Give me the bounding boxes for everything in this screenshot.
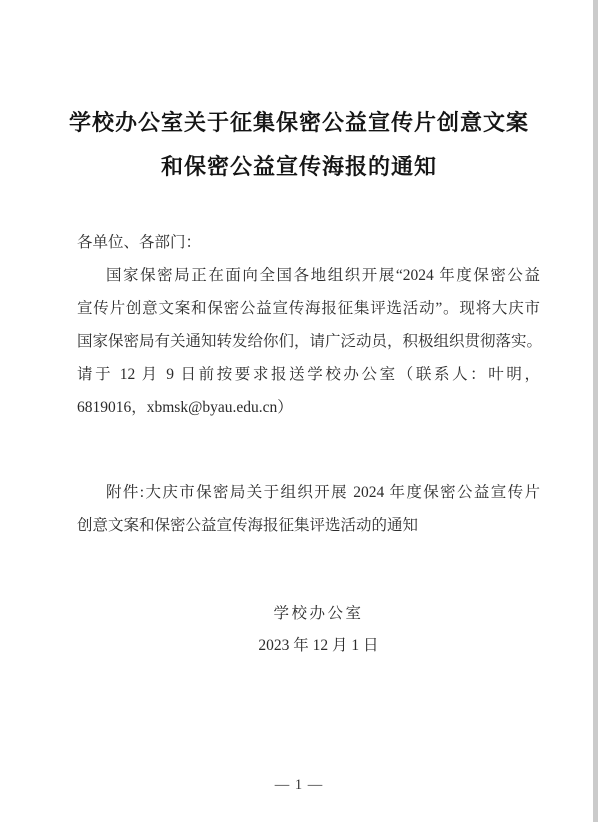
salutation: 各单位、各部门： <box>77 226 540 259</box>
notice-title-line1: 学校办公室关于征集保密公益宣传片创意文案 <box>0 101 598 145</box>
body-line-5-contact: 6819016，xbmsk@byau.edu.cn） <box>77 391 540 424</box>
date-line: 2023 年 12 月 1 日 <box>87 630 550 662</box>
page-number: — 1 — <box>0 777 598 793</box>
body-line-1: 国家保密局正在面向全国各地组织开展“2024 年度保密公益 <box>77 259 540 292</box>
notice-body: 各单位、各部门： 国家保密局正在面向全国各地组织开展“2024 年度保密公益 宣… <box>77 226 540 424</box>
page-edge-strip <box>593 0 598 822</box>
attachment-line-1: 附件:大庆市保密局关于组织开展 2024 年度保密公益宣传片 <box>77 476 540 509</box>
attachment-line-2: 创意文案和保密公益宣传海报征集评选活动的通知 <box>77 509 540 542</box>
notice-title: 学校办公室关于征集保密公益宣传片创意文案 和保密公益宣传海报的通知 <box>0 101 598 189</box>
body-line-4: 请于 12 月 9 日前按要求报送学校办公室（联系人：叶明， <box>77 358 540 391</box>
notice-title-line2: 和保密公益宣传海报的通知 <box>0 145 598 189</box>
attachment-note: 附件:大庆市保密局关于组织开展 2024 年度保密公益宣传片 创意文案和保密公益… <box>77 476 540 542</box>
body-line-3: 国家保密局有关通知转发给你们，请广泛动员，积极组织贯彻落实。 <box>77 325 540 358</box>
document-page: 学校办公室关于征集保密公益宣传片创意文案 和保密公益宣传海报的通知 各单位、各部… <box>0 0 598 822</box>
signature-block: 学校办公室 2023 年 12 月 1 日 <box>87 598 550 662</box>
body-line-2: 宣传片创意文案和保密公益宣传海报征集评选活动”。现将大庆市 <box>77 292 540 325</box>
signature: 学校办公室 <box>87 598 550 630</box>
